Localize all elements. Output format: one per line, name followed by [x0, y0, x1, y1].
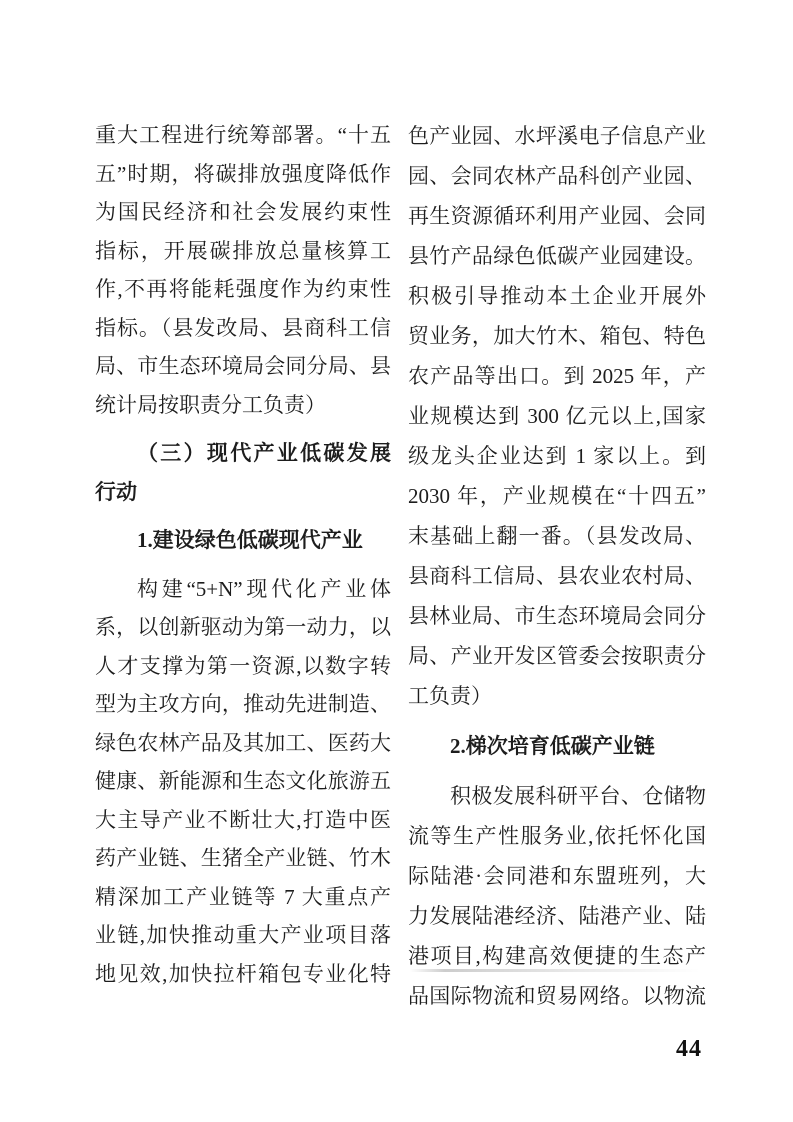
text-line: 积极发展科研平台、仓储物: [408, 776, 706, 816]
text-line: 大主导产业不断壮大,打造中医: [95, 801, 391, 840]
text-line: 绿色农林产品及其加工、医药大: [95, 724, 391, 763]
text-line: 末基础上翻一番。（县发改局、: [408, 516, 706, 556]
text-line: 贸业务，加大竹木、箱包、特色: [408, 316, 706, 356]
text-line: 地见效,加快拉杆箱包专业化特: [95, 955, 391, 994]
document-page: 重大工程进行统筹部署。“十五五”时期，将碳排放强度降低作为国民经济和社会发展约束…: [0, 0, 793, 1122]
heading-line: 2.梯次培育低碳产业链: [408, 726, 706, 766]
text-line: 色产业园、水坪溪电子信息产业: [408, 116, 706, 156]
scan-artifact-line: [410, 969, 700, 972]
text-line: 流等生产性服务业,依托怀化国: [408, 816, 706, 856]
heading-line: （三）现代产业低碳发展: [95, 434, 391, 473]
text-line: 精深加工产业链等 7 大重点产: [95, 878, 391, 917]
text-line: 园、会同农林产品科创产业园、: [408, 156, 706, 196]
text-line: 药产业链、生猪全产业链、竹木: [95, 839, 391, 878]
text-line: 级龙头企业达到 1 家以上。到: [408, 436, 706, 476]
text-line: 作,不再将能耗强度作为约束性: [95, 270, 391, 309]
text-line: 积极引导推动本土企业开展外: [408, 276, 706, 316]
text-line: 局、市生态环境局会同分局、县: [95, 347, 391, 386]
text-line: 指标，开展碳排放总量核算工: [95, 232, 391, 271]
text-line: 健康、新能源和生态文化旅游五: [95, 762, 391, 801]
text-line: 县竹产品绿色低碳产业园建设。: [408, 236, 706, 276]
text-line: 业规模达到 300 亿元以上,国家: [408, 396, 706, 436]
text-line: 县林业局、市生态环境局会同分: [408, 596, 706, 636]
text-line: 2030 年，产业规模在“十四五”: [408, 476, 706, 516]
text-line: 五”时期，将碳排放强度降低作: [95, 155, 391, 194]
text-line: 农产品等出口。到 2025 年，产: [408, 356, 706, 396]
text-line: 统计局按职责分工负责）: [95, 386, 391, 425]
text-line: 品国际物流和贸易网络。以物流: [408, 976, 706, 1016]
text-line: 局、产业开发区管委会按职责分: [408, 636, 706, 676]
right-column: 色产业园、水坪溪电子信息产业园、会同农林产品科创产业园、再生资源循环利用产业园、…: [408, 116, 706, 1016]
text-line: 型为主攻方向，推动先进制造、: [95, 685, 391, 724]
text-line: 力发展陆港经济、陆港产业、陆: [408, 896, 706, 936]
text-line: 为国民经济和社会发展约束性: [95, 193, 391, 232]
text-line: 指标。（县发改局、县商科工信: [95, 309, 391, 348]
text-line: 构建“5+N”现代化产业体: [95, 570, 391, 609]
text-line: 工负责）: [408, 676, 706, 716]
heading-line: 行动: [95, 473, 391, 512]
text-line: 际陆港·会同港和东盟班列，大: [408, 856, 706, 896]
text-line: 人才支撑为第一资源,以数字转: [95, 647, 391, 686]
text-line: 业链,加快推动重大产业项目落: [95, 916, 391, 955]
text-line: 系，以创新驱动为第一动力，以: [95, 608, 391, 647]
text-line: 县商科工信局、县农业农村局、: [408, 556, 706, 596]
text-line: 再生资源循环利用产业园、会同: [408, 196, 706, 236]
page-number: 44: [676, 1036, 702, 1063]
text-line: 重大工程进行统筹部署。“十五: [95, 116, 391, 155]
heading-line: 1.建设绿色低碳现代产业: [95, 521, 391, 560]
left-column: 重大工程进行统筹部署。“十五五”时期，将碳排放强度降低作为国民经济和社会发展约束…: [95, 116, 391, 993]
